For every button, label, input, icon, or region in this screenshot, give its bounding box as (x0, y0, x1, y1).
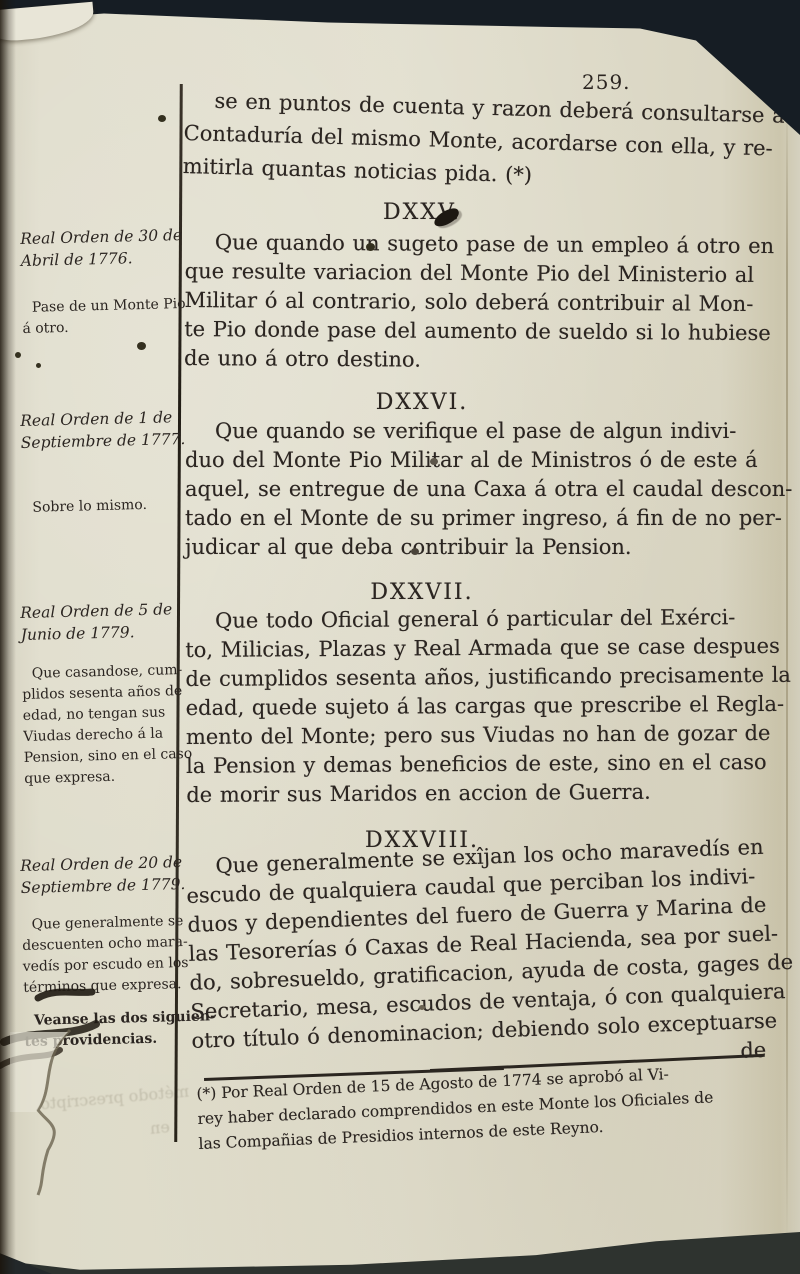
margin-note-date: Real Orden de 1 deSeptiembre de 1777. (20, 406, 179, 454)
section-paragraph-dxxvii: Que todo Oficial general ó particular de… (185, 603, 776, 810)
ink-speck (158, 115, 166, 122)
paper-tear-crease (10, 1030, 130, 1200)
ink-speck (411, 548, 419, 555)
ink-speck (36, 363, 41, 368)
margin-note-summary: Pase de un Monte Pioá otro. (22, 294, 181, 340)
section-paragraph-dxxv: Que quando un sugeto pase de un empleo á… (184, 228, 775, 377)
scanned-page: método prescripto en 259. se en puntos d… (0, 0, 800, 1274)
section-heading-dxxvi: DXXVI. (127, 390, 717, 415)
section-heading-dxxvii: DXXVII. (127, 580, 717, 605)
intro-paragraph: se en puntos de cuenta y razon deberá co… (182, 84, 774, 198)
margin-note-3: Real Orden de 5 deJunio de 1779. Que cas… (20, 598, 183, 790)
margin-note-date: Real Orden de 30 deAbril de 1776. (20, 224, 179, 272)
margin-note-2: Real Orden de 1 deSeptiembre de 1777. So… (20, 406, 181, 519)
ink-speck (366, 243, 375, 251)
margin-note-summary: Sobre lo mismo. (22, 494, 180, 519)
left-binding-shadow (0, 0, 16, 1274)
section-heading-dxxv: DXXV. (127, 200, 717, 225)
ink-speck (137, 342, 146, 350)
margin-note-date: Real Orden de 5 deJunio de 1779. (20, 598, 179, 646)
ink-speck (419, 1005, 425, 1010)
section-paragraph-dxxvi: Que quando se verifique el pase de algun… (185, 417, 775, 562)
margin-note-summary: Que casandose, cum-plidos sesenta años d… (22, 660, 183, 790)
margin-note-1: Real Orden de 30 deAbril de 1776. Pase d… (20, 224, 181, 340)
page-number: 259. (582, 70, 631, 94)
margin-note-date: Real Orden de 20 deSeptiembre de 1779. (20, 851, 179, 899)
ink-speck (430, 458, 438, 465)
section-paragraph-dxxviii: Que generalmente se exîjan los ocho mara… (185, 832, 783, 1084)
section-paragraph-lines: Que generalmente se exîjan los ocho mara… (185, 832, 782, 1055)
